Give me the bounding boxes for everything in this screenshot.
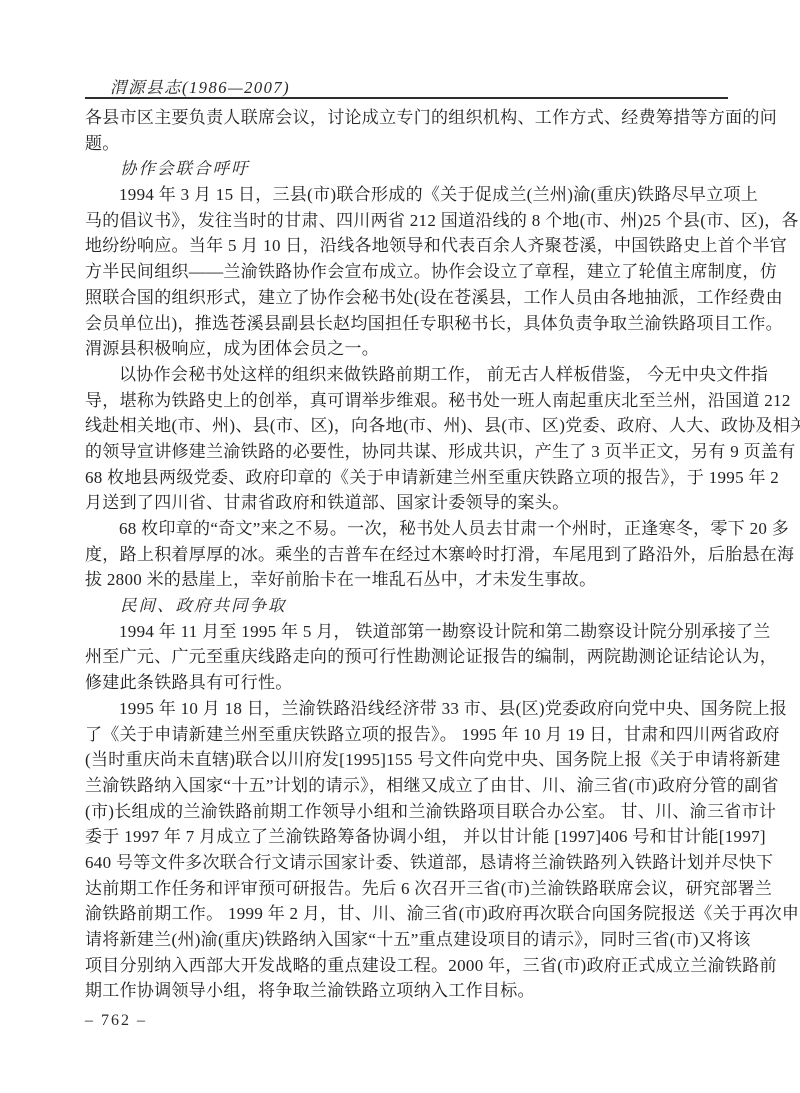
text-line: 1994 年 11 月至 1995 年 5 月， 铁道部第一勘察设计院和第二勘察…	[85, 619, 735, 645]
text-line: (市)长组成的兰渝铁路前期工作领导小组和兰渝铁路项目联合办公室。 甘、川、渝三省…	[85, 799, 735, 825]
text-line: 题。	[85, 131, 735, 157]
section-heading: 协作会联合呼吁	[85, 156, 735, 182]
page-number: – 762 –	[85, 1012, 147, 1030]
text-line: 会员单位出)，推选苍溪县副县长赵均国担任专职秘书长，具体负责争取兰渝铁路项目工作…	[85, 311, 735, 337]
text-line: (当时重庆尚未直辖)联合以川府发[1995]155 号文件向党中央、国务院上报《…	[85, 747, 735, 773]
text-line: 方半民间组织——兰渝铁路协作会宣布成立。协作会设立了章程，建立了轮值主席制度，仿	[85, 259, 735, 285]
text-line: 达前期工作任务和评审预可研报告。先后 6 次召开三省(市)兰渝铁路联席会议，研究…	[85, 876, 735, 902]
text-line: 导，堪称为铁路史上的创举，真可谓举步维艰。秘书处一班人南起重庆北至兰州，沿国道 …	[85, 388, 735, 414]
text-line: 以协作会秘书处这样的组织来做铁路前期工作， 前无古人样板借鉴， 今无中央文件指	[85, 362, 735, 388]
text-line: 1995 年 10 月 18 日，兰渝铁路沿线经济带 33 市、县(区)党委政府…	[85, 696, 735, 722]
text-line: 68 枚地县两级党委、政府印章的《关于申请新建兰州至重庆铁路立项的报告》，于 1…	[85, 465, 735, 491]
text-line: 兰渝铁路纳入国家“十五”计划的请示》，相继又成立了由甘、川、渝三省(市)政府分管…	[85, 773, 735, 799]
text-line: 渝铁路前期工作。 1999 年 2 月，甘、川、渝三省(市)政府再次联合向国务院…	[85, 901, 735, 927]
text-line: 渭源县积极响应，成为团体会员之一。	[85, 336, 735, 362]
text-line: 各县市区主要负责人联席会议，讨论成立专门的组织机构、工作方式、经费筹措等方面的问	[85, 105, 735, 131]
text-line: 68 枚印章的“奇文”来之不易。一次，秘书处人员去甘肃一个州时，正逢寒冬，零下 …	[85, 516, 735, 542]
text-line: 了《关于申请新建兰州至重庆铁路立项的报告》。 1995 年 10 月 19 日，…	[85, 722, 735, 748]
text-line: 委于 1997 年 7 月成立了兰渝铁路筹备协调小组， 并以甘计能 [1997]…	[85, 824, 735, 850]
running-head-title: 渭源县志(1986—2007)	[110, 74, 290, 98]
text-line: 期工作协调领导小组，将争取兰渝铁路立项纳入工作目标。	[85, 978, 735, 1004]
text-line: 的领导宣讲修建兰渝铁路的必要性，协同共谋、形成共识，产生了 3 页半正文，另有 …	[85, 439, 735, 465]
text-line: 线赴相关地(市、州)、县(市、区)，向各地(市、州)、县(市、区)党委、政府、人…	[85, 413, 735, 439]
section-heading: 民间、政府共同争取	[85, 593, 735, 619]
text-line: 拔 2800 米的悬崖上，幸好前胎卡在一堆乱石丛中，才未发生事故。	[85, 567, 735, 593]
text-line: 640 号等文件多次联合行文请示国家计委、铁道部，恳请将兰渝铁路列入铁路计划并尽…	[85, 850, 735, 876]
text-line: 1994 年 3 月 15 日，三县(市)联合形成的《关于促成兰(兰州)渝(重庆…	[85, 182, 735, 208]
text-line: 马的倡议书》，发往当时的甘肃、四川两省 212 国道沿线的 8 个地(市、州)2…	[85, 208, 735, 234]
text-line: 修建此条铁路具有可行性。	[85, 670, 735, 696]
text-line: 请将新建兰(州)渝(重庆)铁路纳入国家“十五”重点建设项目的请示》，同时三省(市…	[85, 927, 735, 953]
header-rule	[85, 97, 728, 99]
text-line: 月送到了四川省、甘肃省政府和铁道部、国家计委领导的案头。	[85, 490, 735, 516]
text-line: 度，路上积着厚厚的冰。乘坐的吉普车在经过木寨岭时打滑，车尾甩到了路沿外，后胎悬在…	[85, 542, 735, 568]
text-line: 项目分别纳入西部大开发战略的重点建设工程。2000 年，三省(市)政府正式成立兰…	[85, 953, 735, 979]
body-text: 各县市区主要负责人联席会议，讨论成立专门的组织机构、工作方式、经费筹措等方面的问…	[85, 105, 735, 1004]
text-line: 州至广元、广元至重庆线路走向的预可行性勘测论证报告的编制，两院勘测论证结论认为，	[85, 644, 735, 670]
text-line: 地纷纷响应。当年 5 月 10 日，沿线各地领导和代表百余人齐聚苍溪，中国铁路史…	[85, 233, 735, 259]
book-page: 渭源县志(1986—2007) 各县市区主要负责人联席会议，讨论成立专门的组织机…	[0, 0, 800, 1093]
text-line: 照联合国的组织形式，建立了协作会秘书处(设在苍溪县，工作人员由各地抽派，工作经费…	[85, 285, 735, 311]
